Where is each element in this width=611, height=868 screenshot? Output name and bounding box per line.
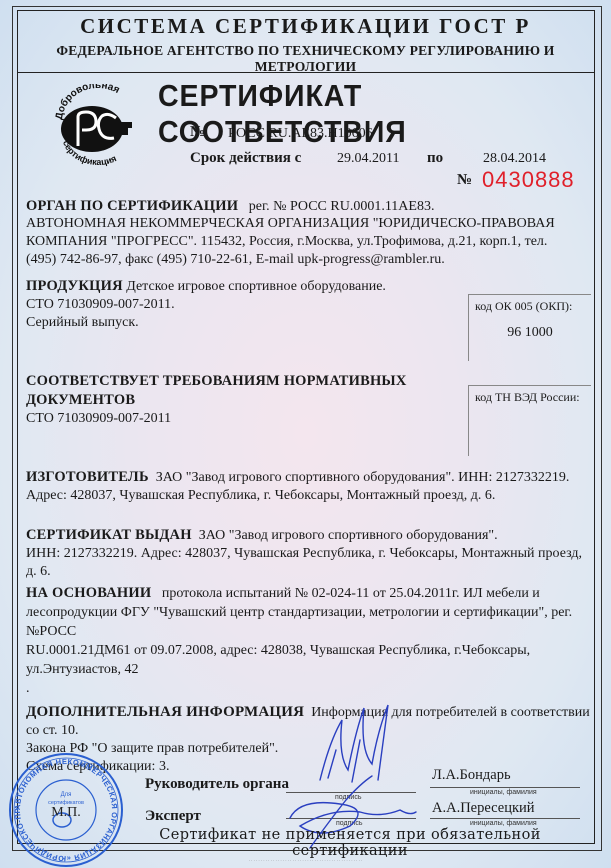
head-name: Л.А.Бондарь — [432, 767, 511, 784]
manufacturer-section: ИЗГОТОВИТЕЛЬ ЗАО "Завод игрового спортив… — [26, 468, 591, 505]
basis-label: НА ОСНОВАНИИ — [26, 585, 151, 601]
expert-name-caption: инициалы, фамилия — [470, 820, 537, 827]
issued-to-line1: ЗАО "Завод игрового спортивного оборудов… — [199, 528, 498, 543]
product-standard: СТО 71030909-007-2011. — [26, 297, 175, 312]
stamp-mark: М.П. — [51, 805, 81, 820]
agency-name: ФЕДЕРАЛЬНОЕ АГЕНТСТВО ПО ТЕХНИЧЕСКОМУ РЕ… — [9, 44, 602, 76]
certificate-number-label: № — [190, 124, 205, 141]
tnved-code-caption: код ТН ВЭД России: — [475, 390, 580, 405]
manufacturer-line1: ЗАО "Завод игрового спортивного оборудов… — [156, 470, 570, 485]
serial-number-label: № — [457, 172, 472, 189]
product-section: ПРОДУКЦИЯ Детское игровое спортивное обо… — [26, 277, 456, 332]
validity-label: Срок действия с — [190, 150, 301, 167]
okp-code-caption: код ОК 005 (ОКП): — [475, 299, 572, 314]
basis-section: НА ОСНОВАНИИ протокола испытаний № 02-02… — [26, 584, 591, 698]
issued-to-section: СЕРТИФИКАТ ВЫДАН ЗАО "Завод игрового спо… — [26, 526, 591, 581]
expert-name: А.А.Пересецкий — [432, 800, 535, 817]
compliance-label: СООТВЕТСТВУЕТ ТРЕБОВАНИЯМ НОРМАТИВНЫХ ДО… — [26, 373, 407, 408]
basis-line5: . — [26, 681, 30, 696]
system-title: СИСТЕМА СЕРТИФИКАЦИИ ГОСТ Р — [0, 14, 611, 39]
basis-line3: RU.0001.21ДМ61 от 09.07.2008, адрес: 428… — [26, 643, 530, 658]
expert-label: Эксперт — [145, 808, 201, 825]
head-name-line — [430, 787, 580, 788]
certification-body-reg: рег. № РОСС RU.0001.11АЕ83. — [249, 199, 435, 214]
product-label: ПРОДУКЦИЯ — [26, 278, 123, 294]
certification-body-label: ОРГАН ПО СЕРТИФИКАЦИИ — [26, 198, 238, 214]
rst-logo-icon: Добровольная сертификация — [48, 84, 148, 168]
certification-body-section: ОРГАН ПО СЕРТИФИКАЦИИ рег. № РОСС RU.000… — [26, 197, 591, 269]
valid-to-label: по — [427, 150, 443, 167]
tnved-code-box: код ТН ВЭД России: — [468, 385, 591, 456]
svg-text:Для: Для — [61, 792, 72, 798]
basis-line2: лесопродукции ФГУ "Чувашский центр станд… — [26, 605, 572, 639]
manufacturer-line2: Адрес: 428037, Чувашская Республика, г. … — [26, 488, 495, 503]
certification-body-text: АВТОНОМНАЯ НЕКОММЕРЧЕСКАЯ ОРГАНИЗАЦИЯ "Ю… — [26, 215, 571, 269]
serial-number: 0430888 — [482, 167, 575, 193]
product-name: Детское игровое спортивное оборудование. — [126, 279, 386, 294]
issued-to-label: СЕРТИФИКАТ ВЫДАН — [26, 527, 192, 543]
valid-from-date: 29.04.2011 — [337, 151, 399, 167]
basis-line4: ул.Энтузиастов, 42 — [26, 662, 139, 677]
product-production: Серийный выпуск. — [26, 315, 139, 330]
okp-code-box: код ОК 005 (ОКП): 96 1000 — [468, 294, 591, 361]
printer-fine-print: · · · · · · · · · · · · · · · · · · · · … — [0, 858, 611, 863]
okp-code-value: 96 1000 — [469, 325, 591, 341]
basis-line1: протокола испытаний № 02-024-11 от 25.04… — [162, 586, 540, 601]
certificate-number: РОСС RU.АЕ83.Н10606 — [228, 126, 373, 142]
issued-to-line2: ИНН: 2127332219. Адрес: 428037, Чувашска… — [26, 546, 582, 579]
compliance-documents: СТО 71030909-007-2011 — [26, 411, 171, 426]
expert-name-line — [430, 818, 580, 819]
manufacturer-label: ИЗГОТОВИТЕЛЬ — [26, 469, 149, 485]
head-name-caption: инициалы, фамилия — [470, 789, 537, 796]
compliance-section: СООТВЕТСТВУЕТ ТРЕБОВАНИЯМ НОРМАТИВНЫХ ДО… — [26, 372, 466, 428]
valid-to-date: 28.04.2014 — [483, 151, 546, 167]
footer-note: Сертификат не применяется при обязательн… — [100, 827, 600, 859]
